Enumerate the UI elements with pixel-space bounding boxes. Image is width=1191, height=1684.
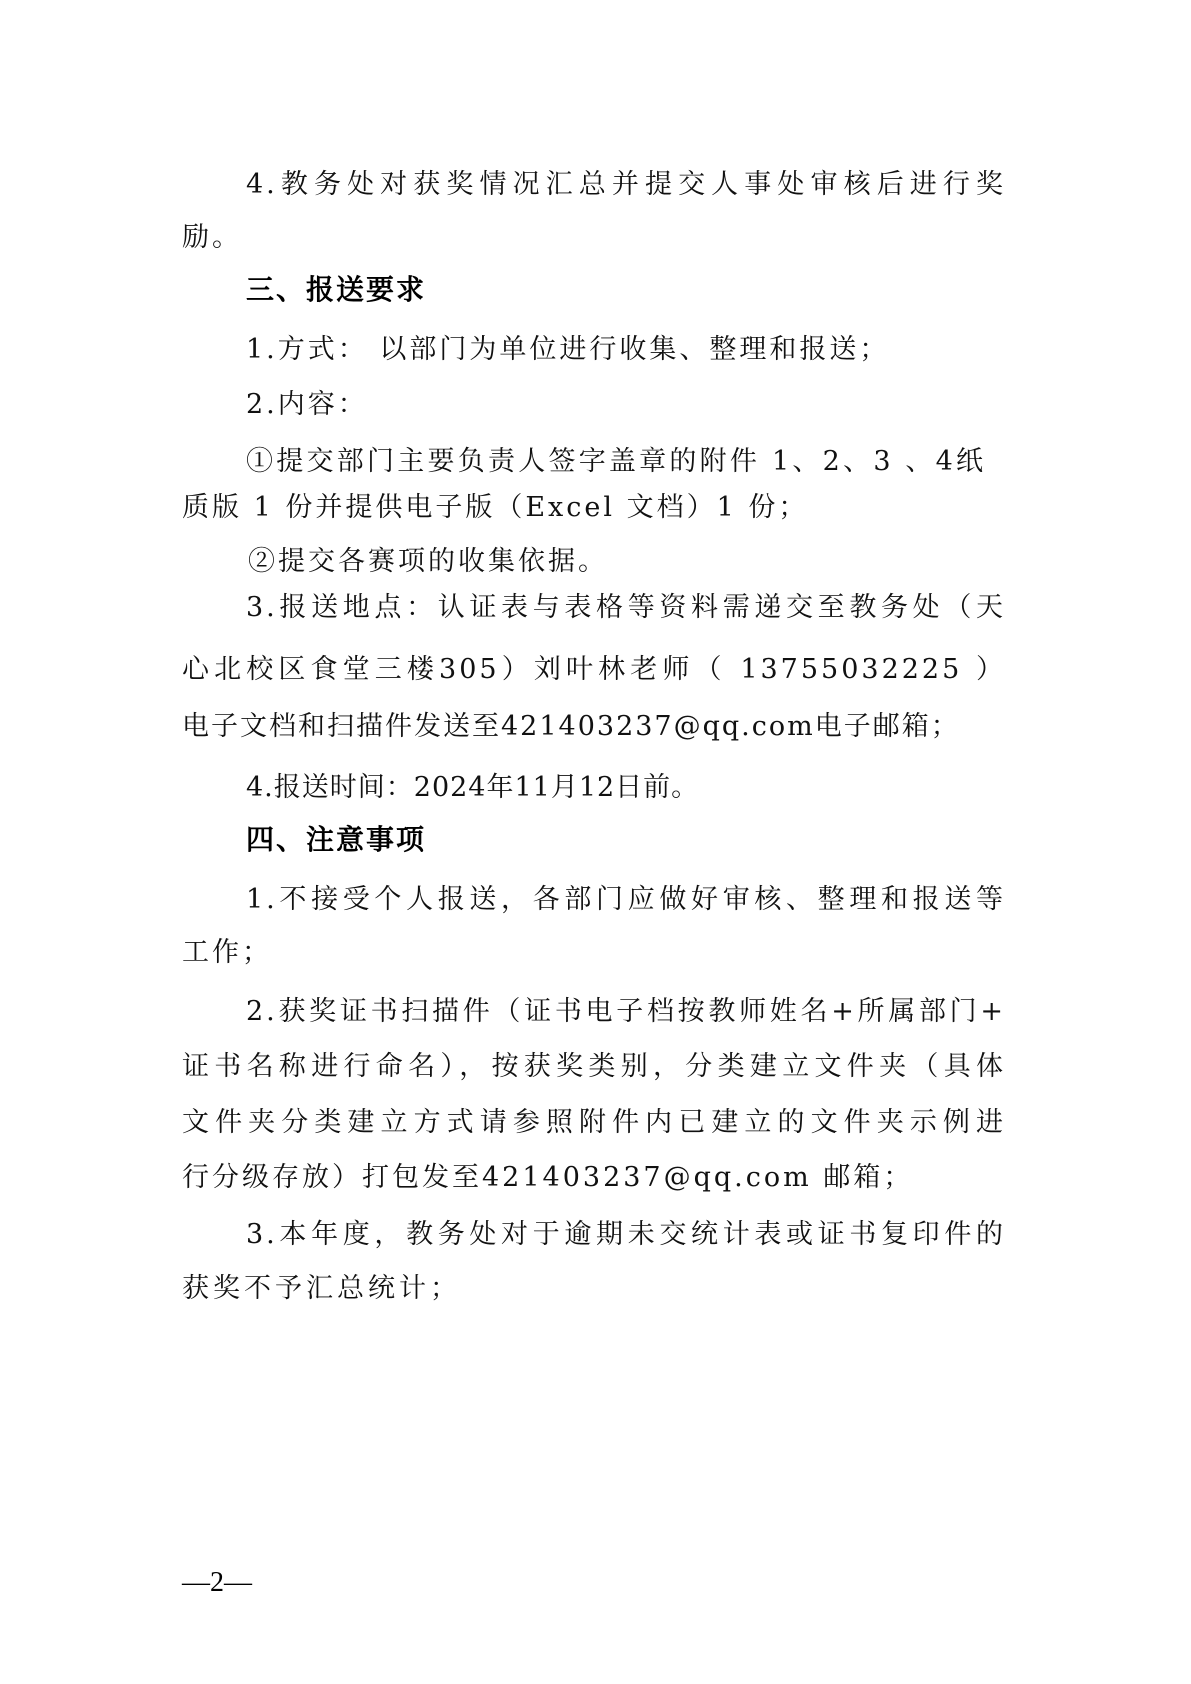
requirement-method: 1.方式： 以部门为单位进行收集、整理和报送； (246, 332, 889, 368)
note-3-line-1: 3.本年度，教务处对于逾期未交统计表或证书复印件的 (246, 1217, 1006, 1253)
note-1-line-1: 1.不接受个人报送，各部门应做好审核、整理和报送等 (246, 882, 1006, 918)
section-heading-notes: 四、注意事项 (246, 822, 426, 858)
note-2-line-2: 证书名称进行命名），按获奖类别，分类建立文件夹（具体 (182, 1049, 1006, 1085)
page-number: —2— (182, 1566, 252, 1600)
requirement-content-item-2: ②提交各赛项的收集依据。 (248, 544, 608, 580)
note-3-line-2: 获奖不予汇总统计； (182, 1271, 461, 1307)
note-2-line-3: 文件夹分类建立方式请参照附件内已建立的文件夹示例进 (182, 1105, 1006, 1141)
paragraph-award-summary-line-2: 励。 (182, 220, 242, 256)
requirement-location-line-1: 3.报送地点：认证表与表格等资料需递交至教务处（天 (246, 590, 1006, 626)
note-1-line-2: 工作； (182, 935, 272, 971)
requirement-content-item-1-line-1: ①提交部门主要负责人签字盖章的附件 1、2、3 、4纸 (246, 444, 986, 480)
requirement-content-label: 2.内容： (246, 387, 368, 423)
document-page: 4.教务处对获奖情况汇总并提交人事处审核后进行奖 励。 三、报送要求 1.方式：… (0, 0, 1191, 1684)
note-2-line-4: 行分级存放）打包发至421403237@qq.com 邮箱； (182, 1160, 913, 1196)
requirement-location-line-3: 电子文档和扫描件发送至421403237@qq.com电子邮箱； (182, 709, 960, 745)
note-2-line-1: 2.获奖证书扫描件（证书电子档按教师姓名+所属部门+ (246, 994, 1006, 1030)
requirement-deadline: 4.报送时间：2024年11月12日前。 (246, 770, 699, 806)
paragraph-award-summary-line-1: 4.教务处对获奖情况汇总并提交人事处审核后进行奖 (246, 167, 1006, 203)
requirement-location-line-2: 心北校区食堂三楼305）刘叶林老师（ 13755032225 ）处； (182, 652, 1006, 688)
section-heading-submission-requirements: 三、报送要求 (246, 272, 426, 308)
requirement-content-item-1-line-2: 质版 1 份并提供电子版（Excel 文档）1 份； (182, 490, 808, 526)
